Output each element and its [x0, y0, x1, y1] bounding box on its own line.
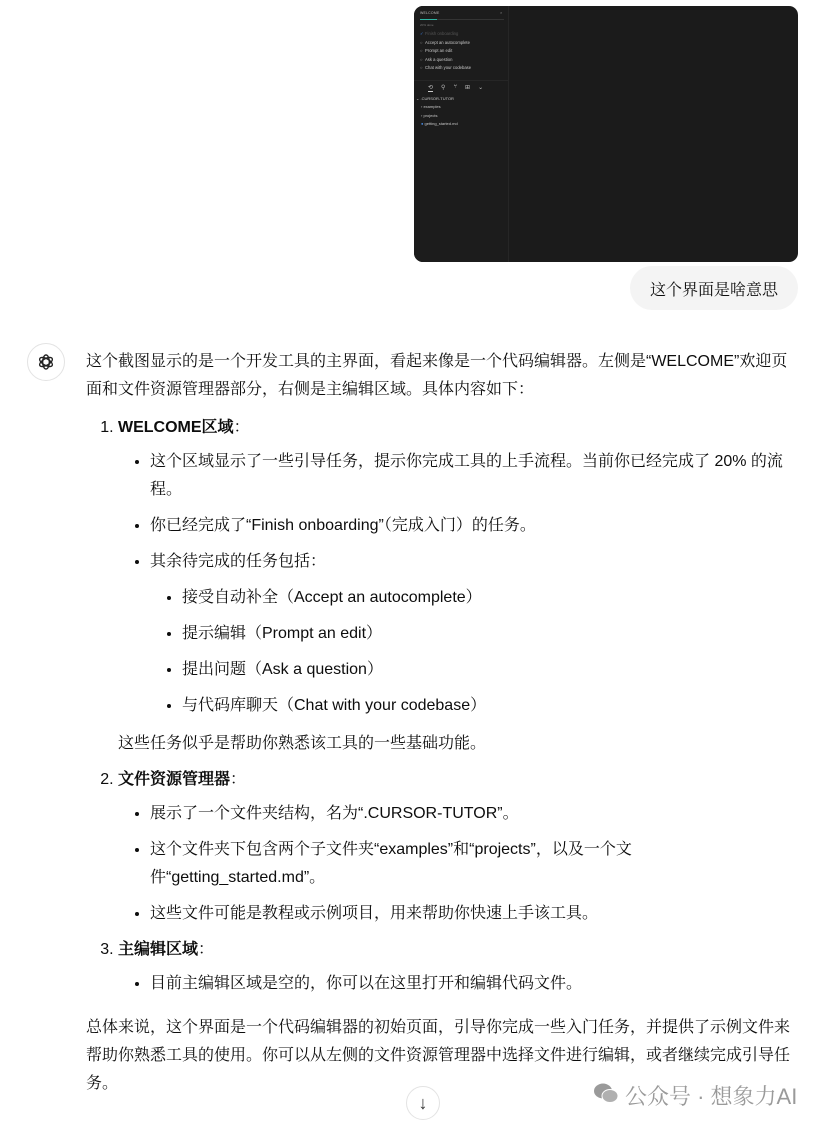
section-title: 文件资源管理器 [118, 771, 230, 788]
welcome-sidebar: WELCOME × 20% done ✓Finish onboarding ○A… [414, 6, 509, 262]
progress-bar [420, 19, 504, 20]
explorer-folder: › projects [416, 112, 458, 120]
sub-bullet: 与代码库聊天（Chat with your codebase） [182, 692, 798, 720]
sub-bullet: 接受自动补全（Accept an autocomplete） [182, 584, 798, 612]
sub-bullet: 提出问题（Ask a question） [182, 656, 798, 684]
assistant-avatar [27, 343, 65, 381]
search-icon: ⚲ [441, 84, 445, 92]
bullet: 这个文件夹下包含两个子文件夹“examples”和“projects”，以及一个… [150, 836, 798, 892]
section-title: 主编辑区域 [118, 941, 198, 958]
sub-bullet: 提示编辑（Prompt an edit） [182, 620, 798, 648]
section-title: WELCOME区域 [118, 419, 234, 436]
assistant-response: 这个截图显示的是一个开发工具的主界面，看起来像是一个代码编辑器。左侧是“WELC… [86, 348, 798, 1098]
attached-screenshot[interactable]: WELCOME × 20% done ✓Finish onboarding ○A… [414, 6, 798, 262]
openai-logo-icon [36, 352, 56, 372]
sidebar-header: WELCOME [420, 11, 440, 15]
task-item: ○Accept an autocomplete [420, 39, 471, 48]
task-item: ✓Finish onboarding [420, 30, 471, 39]
explorer-folder: › examples [416, 103, 458, 111]
bullet: 展示了一个文件夹结构，名为“.CURSOR-TUTOR”。 [150, 800, 798, 828]
section-welcome: WELCOME区域： 这个区域显示了一些引导任务，提示你完成工具的上手流程。当前… [118, 414, 798, 758]
explorer-root: ⌄ .CURSOR-TUTOR [416, 95, 458, 103]
watermark: 公众号 · 想象力AI [593, 1080, 797, 1111]
bullet: 目前主编辑区域是空的，你可以在这里打开和编辑代码文件。 [150, 970, 798, 998]
section-list: WELCOME区域： 这个区域显示了一些引导任务，提示你完成工具的上手流程。当前… [86, 414, 798, 998]
section-note: 这些任务似乎是帮助你熟悉该工具的一些基础功能。 [118, 730, 798, 758]
markdown-file-icon: ● [421, 121, 423, 126]
section-editor: 主编辑区域： 目前主编辑区域是空的，你可以在这里打开和编辑代码文件。 [118, 936, 798, 998]
arrow-down-icon: ↓ [419, 1093, 428, 1114]
chevron-down-icon: ⌄ [478, 84, 483, 92]
task-list: ✓Finish onboarding ○Accept an autocomple… [420, 30, 471, 73]
task-item: ○Prompt an edit [420, 47, 471, 56]
file-explorer: ⌄ .CURSOR-TUTOR › examples › projects ● … [416, 95, 458, 129]
close-icon: × [500, 10, 502, 15]
bullet: 这个区域显示了一些引导任务，提示你完成工具的上手流程。当前你已经完成了 20% … [150, 448, 798, 504]
task-item: ○Ask a question [420, 56, 471, 65]
response-intro: 这个截图显示的是一个开发工具的主界面，看起来像是一个代码编辑器。左侧是“WELC… [86, 348, 798, 404]
source-control-icon: ⑂ [453, 84, 457, 92]
activity-toolbar: ⟲ ⚲ ⑂ ⊞ ⌄ [428, 84, 483, 92]
scroll-down-button[interactable]: ↓ [406, 1086, 440, 1120]
section-explorer: 文件资源管理器： 展示了一个文件夹结构，名为“.CURSOR-TUTOR”。 这… [118, 766, 798, 928]
bullet: 其余待完成的任务包括： 接受自动补全（Accept an autocomplet… [150, 548, 798, 720]
bullet: 这些文件可能是教程或示例项目，用来帮助你快速上手该工具。 [150, 900, 798, 928]
files-icon: ⟲ [428, 84, 433, 92]
task-item: ○Chat with your codebase [420, 64, 471, 73]
wechat-icon [593, 1082, 619, 1110]
progress-label: 20% done [420, 23, 434, 27]
divider [414, 80, 508, 81]
explorer-file: ● getting_started.md [416, 120, 458, 128]
bullet: 你已经完成了“Finish onboarding”（完成入门）的任务。 [150, 512, 798, 540]
extensions-icon: ⊞ [465, 84, 470, 92]
user-message: 这个界面是啥意思 [630, 266, 798, 310]
